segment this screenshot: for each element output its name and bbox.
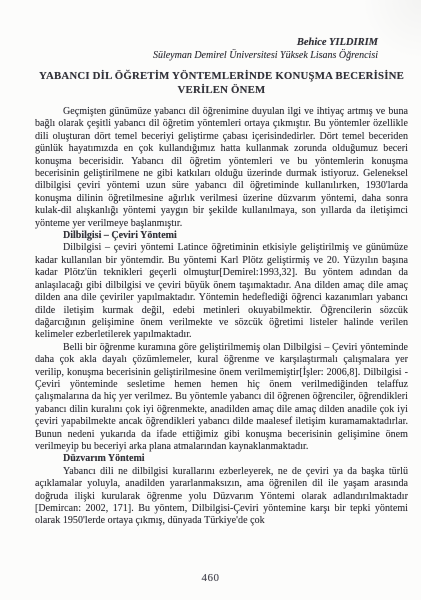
scanned-paper-page: Behice YILDIRIM Süleyman Demirel Ünivers…	[0, 0, 421, 600]
author-affiliation: Süleyman Demirel Üniversitesi Yüksek Lis…	[35, 49, 378, 62]
paragraph-dilbilgisi-ceviri-2: Belli bir öğrenme kuramına göre geliştir…	[35, 342, 408, 454]
paper-title-line-1: YABANCI DİL ÖĞRETİM YÖNTEMLERİNDE KONUŞM…	[39, 70, 404, 82]
paragraph-duzvarim-1: Yabancı dili ne dilbilgisi kurallarını e…	[35, 466, 408, 528]
paragraph-intro: Geçmişten günümüze yabancı dil öğrenimin…	[35, 106, 408, 230]
section-heading-duzvarim: Düzvarım Yöntemi	[35, 453, 408, 465]
paragraph-dilbilgisi-ceviri-1: Dilbilgisi – çeviri yöntemi Latince öğre…	[35, 242, 408, 341]
page-number: 460	[0, 572, 421, 584]
paper-title: YABANCI DİL ÖĞRETİM YÖNTEMLERİNDE KONUŞM…	[35, 69, 408, 97]
paper-title-line-2: VERİLEN ÖNEM	[178, 84, 266, 96]
paper-body: Geçmişten günümüze yabancı dil öğrenimin…	[35, 106, 408, 528]
section-heading-dilbilgisi-ceviri: Dilbilgisi – Çeviri Yöntemi	[35, 230, 408, 242]
author-name: Behice YILDIRIM	[35, 36, 378, 49]
